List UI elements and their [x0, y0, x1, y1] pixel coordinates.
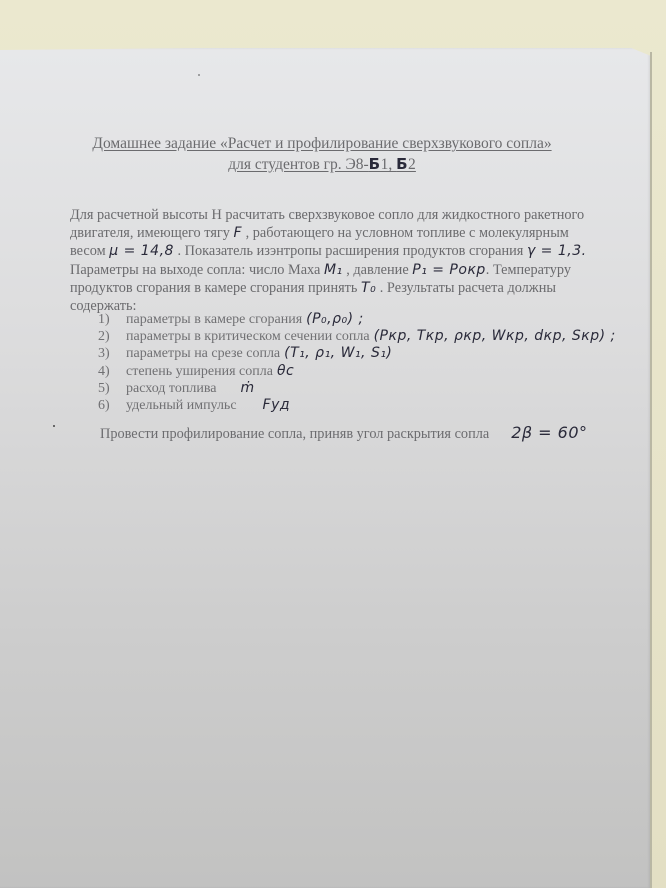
list-item: 1) параметры в камере сгорания (P₀,ρ₀) ; — [98, 311, 598, 328]
paper-edge — [650, 52, 652, 888]
list-item-handwritten: (T₁, ρ₁, W₁, S₁) — [284, 345, 392, 362]
list-item: 5) расход топлива ṁ — [98, 380, 598, 397]
list-item-handwritten: ṁ — [240, 380, 254, 397]
handwritten-group-letter-1: Б — [369, 155, 381, 173]
handwritten-isentropic-index: γ = 1,3. — [527, 243, 587, 259]
document-title: Домашнее задание «Расчет и профилировани… — [62, 134, 582, 175]
list-item-number: 2) — [98, 328, 126, 345]
paragraph-text-4: Параметры на выходе сопла: число Маха — [70, 262, 324, 278]
list-item-text: удельный импульс — [126, 397, 237, 414]
list-item-text: параметры в камере сгорания — [126, 311, 302, 328]
list-item: 4) степень уширения сопла θc — [98, 363, 598, 380]
list-item-text: параметры на срезе сопла — [126, 345, 280, 362]
handwritten-thrust: F — [234, 225, 243, 241]
handwritten-molecular-weight: μ = 14,8 — [109, 243, 174, 259]
list-item-number: 5) — [98, 380, 126, 397]
task-paragraph: Для расчетной высоты Н расчитать сверхзв… — [70, 206, 600, 315]
list-item: 2) параметры в критическом сечении сопла… — [98, 328, 598, 345]
title-group-mid: 1, — [381, 156, 397, 173]
list-item: 3) параметры на срезе сопла (T₁, ρ₁, W₁,… — [98, 345, 598, 362]
list-item-number: 3) — [98, 345, 126, 362]
results-list: 1) параметры в камере сгорания (P₀,ρ₀) ;… — [98, 311, 598, 414]
title-group-suffix: 2 — [408, 156, 416, 173]
title-group-prefix: для студентов гр. Э8- — [228, 156, 368, 173]
list-item-text: степень уширения сопла — [126, 363, 273, 380]
paragraph-text-3: . Показатель изэнтропы расширения продук… — [174, 243, 527, 259]
handwritten-mach-number: M₁ — [324, 262, 343, 278]
handwritten-chamber-temperature: T₀ — [361, 280, 376, 296]
handwritten-exit-pressure: P₁ = Pокр — [412, 262, 486, 278]
list-item: 6) удельный импульс Fуд — [98, 397, 598, 414]
list-item-text: расход топлива — [126, 380, 216, 397]
final-instruction: Провести профилирование сопла, приняв уг… — [100, 423, 588, 443]
title-line-1: Домашнее задание «Расчет и профилировани… — [92, 135, 551, 152]
handwritten-divergence-angle: 2β = 60° — [511, 423, 587, 442]
list-item-handwritten: Fуд — [263, 397, 291, 414]
final-instruction-text: Провести профилирование сопла, приняв уг… — [100, 426, 489, 442]
list-item-number: 1) — [98, 311, 126, 328]
list-item-handwritten: (Pкр, Tкр, ρкр, Wкр, dкр, Sкр) ; — [374, 328, 616, 345]
list-item-number: 4) — [98, 363, 126, 380]
list-item-text: параметры в критическом сечении сопла — [126, 328, 370, 345]
title-line-2: для студентов гр. Э8-Б1, Б2 — [228, 156, 416, 173]
list-item-number: 6) — [98, 397, 126, 414]
handwritten-group-letter-2: Б — [396, 155, 408, 173]
paper-speck — [198, 74, 200, 76]
paper-speck — [53, 425, 55, 427]
list-item-handwritten: (P₀,ρ₀) ; — [306, 311, 364, 328]
paragraph-text-5: , давление — [343, 262, 413, 278]
list-item-handwritten: θc — [277, 363, 294, 380]
